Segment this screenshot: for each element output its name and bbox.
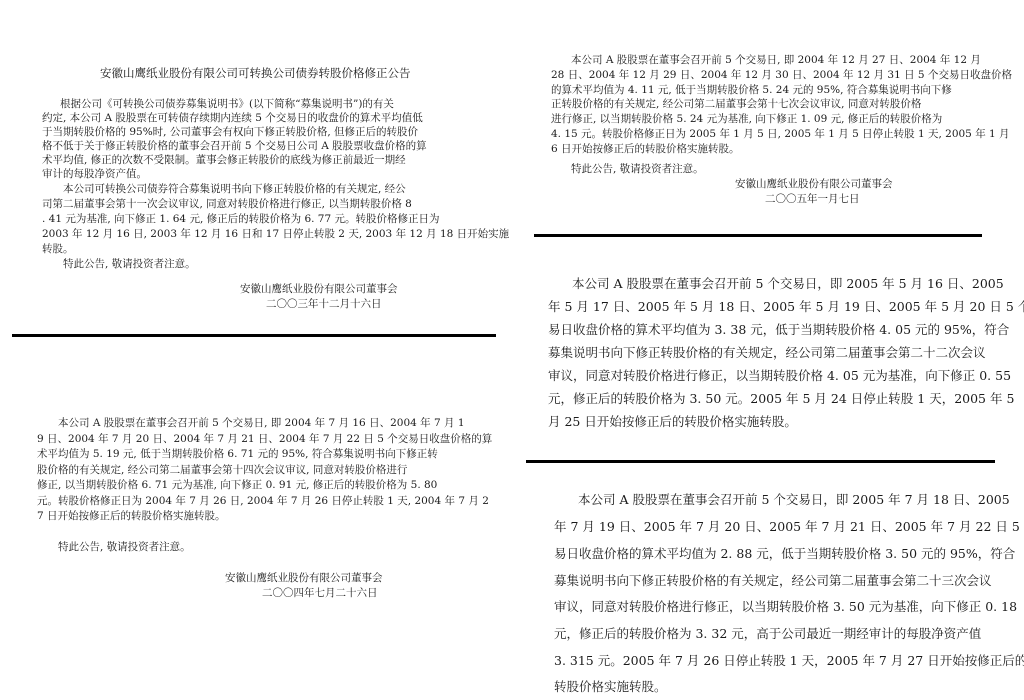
date: 二〇〇四年七月二十六日 — [262, 587, 378, 599]
paragraph-line: 易日收盘价格的算术平均值为 2. 88 元，低于当期转股价格 3. 50 元的 … — [554, 547, 1015, 561]
separator-line — [12, 334, 496, 337]
paragraph-line: 根据公司《可转换公司债券募集说明书》(以下简称“募集说明书”)的有关 — [60, 98, 394, 110]
separator-line — [534, 234, 982, 237]
closing-line: 特此公告, 敬请投资者注意。 — [63, 258, 196, 270]
paragraph-line: 本公司可转换公司债券符合募集说明书向下修正转股价格的有关规定, 经公 — [63, 183, 406, 195]
closing-line: 特此公告, 敬请投资者注意。 — [58, 541, 191, 553]
paragraph-line: 募集说明书向下修正转股价格的有关规定，经公司第二届董事会第二十二次会议 — [548, 346, 986, 360]
paragraph-line: 28 日、2004 年 12 月 29 日、2004 年 12 月 30 日、2… — [551, 69, 1012, 81]
paragraph-line: 9 日、2004 年 7 月 20 日、2004 年 7 月 21 日、2004… — [37, 433, 492, 445]
signature: 安徽山鹰纸业股份有限公司董事会 — [735, 178, 893, 190]
date: 二〇〇五年一月七日 — [765, 193, 860, 205]
paragraph-line: 募集说明书向下修正转股价格的有关规定，经公司第二届董事会第二十三次会议 — [554, 574, 992, 588]
paragraph-line: 转股价格实施转股。 — [554, 680, 667, 694]
paragraph-line: 股价格的有关规定, 经公司第二届董事会第十四次会议审议, 同意对转股价格进行 — [37, 464, 407, 476]
paragraph-line: 本公司 A 股股票在董事会召开前 5 个交易日, 即 2004 年 7 月 16… — [58, 417, 465, 429]
paragraph-line: . 41 元为基准, 向下修正 1. 64 元, 修正后的转股价格为 6. 77… — [42, 213, 440, 225]
paragraph-line: 元，修正后的转股价格为 3. 32 元，高于公司最近一期经审计的每股净资产值 — [554, 627, 981, 641]
date: 二〇〇三年十二月十六日 — [266, 298, 382, 310]
paragraph-line: 于当期转股价格的 95%时, 公司董事会有权向下修正转股价格, 但修正后的转股价 — [42, 126, 418, 138]
paragraph-line: 约定, 本公司 A 股股票在可转债存续期内连续 5 个交易日的收盘价的算术平均值… — [42, 112, 423, 124]
separator-line — [526, 460, 995, 463]
paragraph-line: 正转股价格的有关规定, 经公司第二届董事会第十七次会议审议, 同意对转股价格 — [551, 98, 921, 110]
signature: 安徽山鹰纸业股份有限公司董事会 — [240, 283, 398, 295]
paragraph-line: 格不低于关于修正转股价格的董事会召开前 5 个交易日公司 A 股股票收盘价格的算 — [42, 140, 427, 152]
paragraph-line: 本公司 A 股股票在董事会召开前 5 个交易日, 即 2004 年 12 月 2… — [571, 54, 981, 66]
paragraph-line: 术平均值, 修正的次数不受限制。董事会修正转股价的底线为修正前最近一期经 — [42, 154, 406, 166]
paragraph-line: 月 25 日开始按修正后的转股价格实施转股。 — [548, 415, 797, 429]
paragraph-line: 修正, 以当期转股价格 6. 71 元为基准, 向下修正 0. 91 元, 修正… — [37, 479, 437, 491]
paragraph-line: 审议，同意对转股价格进行修正，以当期转股价格 3. 50 元为基准，向下修正 0… — [554, 600, 1017, 614]
paragraph-line: 2003 年 12 月 16 日, 2003 年 12 月 16 日和 17 日… — [42, 228, 509, 240]
paragraph-line: 进行修正, 以当期转股价格 5. 24 元为基准, 向下修正 1. 09 元, … — [551, 113, 942, 125]
paragraph-line: 3. 315 元。2005 年 7 月 26 日停止转股 1 天，2005 年 … — [554, 654, 1024, 668]
paragraph-line: 元。转股价格修正日为 2004 年 7 月 26 日, 2004 年 7 月 2… — [37, 495, 489, 507]
paragraph-line: 术平均值为 5. 19 元, 低于当期转股价格 6. 71 元的 95%, 符合… — [37, 448, 438, 460]
paragraph-line: 7 日开始按修正后的转股价格实施转股。 — [37, 510, 226, 522]
paragraph-line: 本公司 A 股股票在董事会召开前 5 个交易日，即 2005 年 7 月 18 … — [578, 493, 1010, 507]
notice-title: 安徽山鹰纸业股份有限公司可转换公司债券转股价格修正公告 — [100, 67, 411, 79]
paragraph-line: 6 日开始按修正后的转股价格实施转股。 — [551, 143, 740, 155]
paragraph-line: 年 7 月 19 日、2005 年 7 月 20 日、2005 年 7 月 21… — [554, 520, 1024, 534]
paragraph-line: 本公司 A 股股票在董事会召开前 5 个交易日，即 2005 年 5 月 16 … — [572, 277, 1004, 291]
paragraph-line: 元，修正后的转股价格为 3. 50 元。2005 年 5 月 24 日停止转股 … — [548, 392, 1014, 406]
paragraph-line: 4. 15 元。转股价格修正日为 2005 年 1 月 5 日, 2005 年 … — [551, 128, 1010, 140]
signature: 安徽山鹰纸业股份有限公司董事会 — [225, 572, 383, 584]
paragraph-line: 年 5 月 17 日、2005 年 5 月 18 日、2005 年 5 月 19… — [548, 300, 1024, 314]
paragraph-line: 司第二届董事会第十一次会议审议, 同意对转股价格进行修正, 以当期转股价格 8 — [42, 198, 412, 210]
paragraph-line: 的算术平均值为 4. 11 元, 低于当期转股价格 5. 24 元的 95%, … — [551, 84, 952, 96]
closing-line: 特此公告, 敬请投资者注意。 — [571, 163, 704, 175]
paragraph-line: 审计的每股净资产值。 — [42, 168, 147, 180]
paragraph-line: 审议，同意对转股价格进行修正，以当期转股价格 4. 05 元为基准，向下修正 0… — [548, 369, 1011, 383]
paragraph-line: 转股。 — [42, 243, 74, 255]
paragraph-line: 易日收盘价格的算术平均值为 3. 38 元，低于当期转股价格 4. 05 元的 … — [548, 323, 1009, 337]
